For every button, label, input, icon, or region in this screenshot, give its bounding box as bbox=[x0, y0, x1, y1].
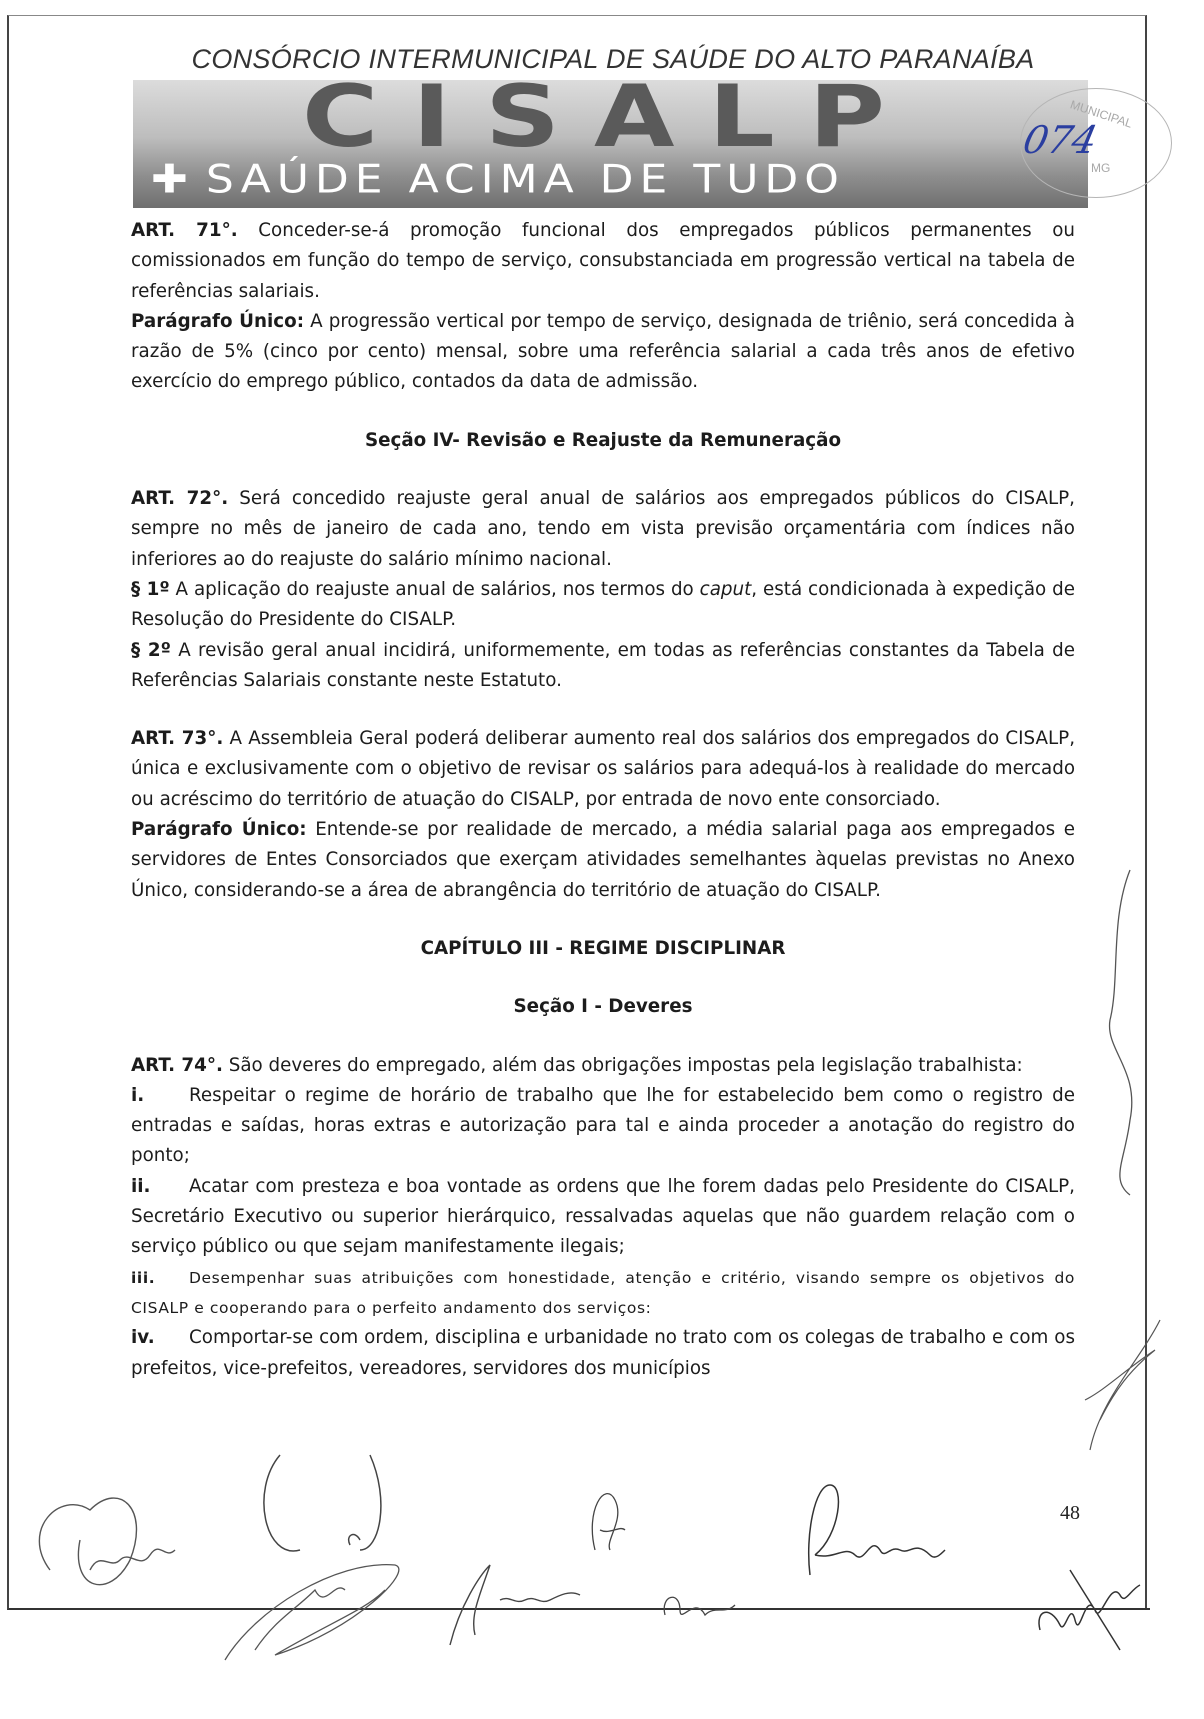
signature-6 bbox=[655, 1585, 745, 1640]
logo-banner: CISALP ✚SAÚDE ACIMA DE TUDO bbox=[133, 80, 1088, 208]
signature-1 bbox=[10, 1470, 240, 1625]
list-item: ii.Acatar com presteza e boa vontade as … bbox=[131, 1172, 1075, 1263]
article-text: São deveres do empregado, além das obrig… bbox=[223, 1055, 1023, 1076]
margin-signature-stroke bbox=[1100, 860, 1160, 1205]
signature-8 bbox=[1030, 1550, 1150, 1665]
item-text: Desempenhar suas atribuições com honesti… bbox=[131, 1269, 1075, 1317]
article-label: ART. 74°. bbox=[131, 1055, 223, 1076]
paragraph-text: A aplicação do reajuste anual de salário… bbox=[170, 579, 700, 600]
italic-term: caput bbox=[700, 579, 752, 600]
article-text: Conceder-se-á promoção funcional dos emp… bbox=[131, 220, 1075, 302]
paragraph-text: A revisão geral anual incidirá, uniforme… bbox=[131, 640, 1075, 691]
item-text: Respeitar o regime de horário de trabalh… bbox=[131, 1085, 1075, 1167]
item-text: Acatar com presteza e boa vontade as ord… bbox=[131, 1176, 1075, 1258]
signature-7 bbox=[1080, 1300, 1170, 1465]
article-72-paragraph-2: § 2º A revisão geral anual incidirá, uni… bbox=[131, 636, 1075, 697]
article-label: ART. 72°. bbox=[131, 488, 228, 509]
item-number: ii. bbox=[131, 1172, 189, 1202]
item-text: Comportar-se com ordem, disciplina e urb… bbox=[131, 1327, 1075, 1378]
handwritten-folio-number: 074 bbox=[1019, 118, 1101, 162]
list-item: iv.Comportar-se com ordem, disciplina e … bbox=[131, 1323, 1075, 1384]
paragraph-label: Parágrafo Único: bbox=[131, 819, 307, 840]
tagline-text: SAÚDE ACIMA DE TUDO bbox=[206, 157, 845, 203]
item-number: iv. bbox=[131, 1323, 189, 1353]
tagline: ✚SAÚDE ACIMA DE TUDO bbox=[151, 160, 845, 200]
article-73: ART. 73°. A Assembleia Geral poderá deli… bbox=[131, 724, 1075, 815]
article-71-sole-paragraph: Parágrafo Único: A progressão vertical p… bbox=[131, 307, 1075, 398]
document-body: ART. 71°. Conceder-se-á promoção funcion… bbox=[131, 216, 1075, 1384]
stamp-text-bottom: MG bbox=[1091, 161, 1110, 175]
signature-3 bbox=[215, 1550, 435, 1675]
section-heading-i: Seção I - Deveres bbox=[131, 992, 1075, 1022]
item-number: iii. bbox=[131, 1263, 189, 1293]
article-text: A Assembleia Geral poderá deliberar aume… bbox=[131, 728, 1075, 810]
signature-4 bbox=[440, 1555, 610, 1660]
logo-text: CISALP bbox=[133, 80, 1088, 159]
article-label: ART. 73°. bbox=[131, 728, 223, 749]
signature-5 bbox=[575, 1480, 635, 1565]
article-71: ART. 71°. Conceder-se-á promoção funcion… bbox=[131, 216, 1075, 307]
article-74: ART. 74°. São deveres do empregado, além… bbox=[131, 1051, 1075, 1081]
article-72-paragraph-1: § 1º A aplicação do reajuste anual de sa… bbox=[131, 575, 1075, 636]
list-item: i.Respeitar o regime de horário de traba… bbox=[131, 1081, 1075, 1172]
section-heading-iv: Seção IV- Revisão e Reajuste da Remunera… bbox=[131, 426, 1075, 456]
article-label: ART. 71°. bbox=[131, 220, 238, 241]
article-text: Será concedido reajuste geral anual de s… bbox=[131, 488, 1075, 570]
signature-oliveira bbox=[795, 1475, 965, 1590]
plus-cross-icon: ✚ bbox=[151, 157, 194, 203]
page-number: 48 bbox=[1060, 1502, 1080, 1525]
chapter-heading: CAPÍTULO III - REGIME DISCIPLINAR bbox=[131, 934, 1075, 964]
article-72: ART. 72°. Será concedido reajuste geral … bbox=[131, 484, 1075, 575]
paragraph-label: Parágrafo Único: bbox=[131, 311, 304, 332]
article-73-sole-paragraph: Parágrafo Único: Entende-se por realidad… bbox=[131, 815, 1075, 906]
item-number: i. bbox=[131, 1081, 189, 1111]
paragraph-label: § 2º bbox=[131, 640, 171, 661]
list-item: iii.Desempenhar suas atribuições com hon… bbox=[131, 1263, 1075, 1324]
paragraph-label: § 1º bbox=[131, 579, 170, 600]
organization-name: CONSÓRCIO INTERMUNICIPAL DE SAÚDE DO ALT… bbox=[133, 44, 1093, 75]
